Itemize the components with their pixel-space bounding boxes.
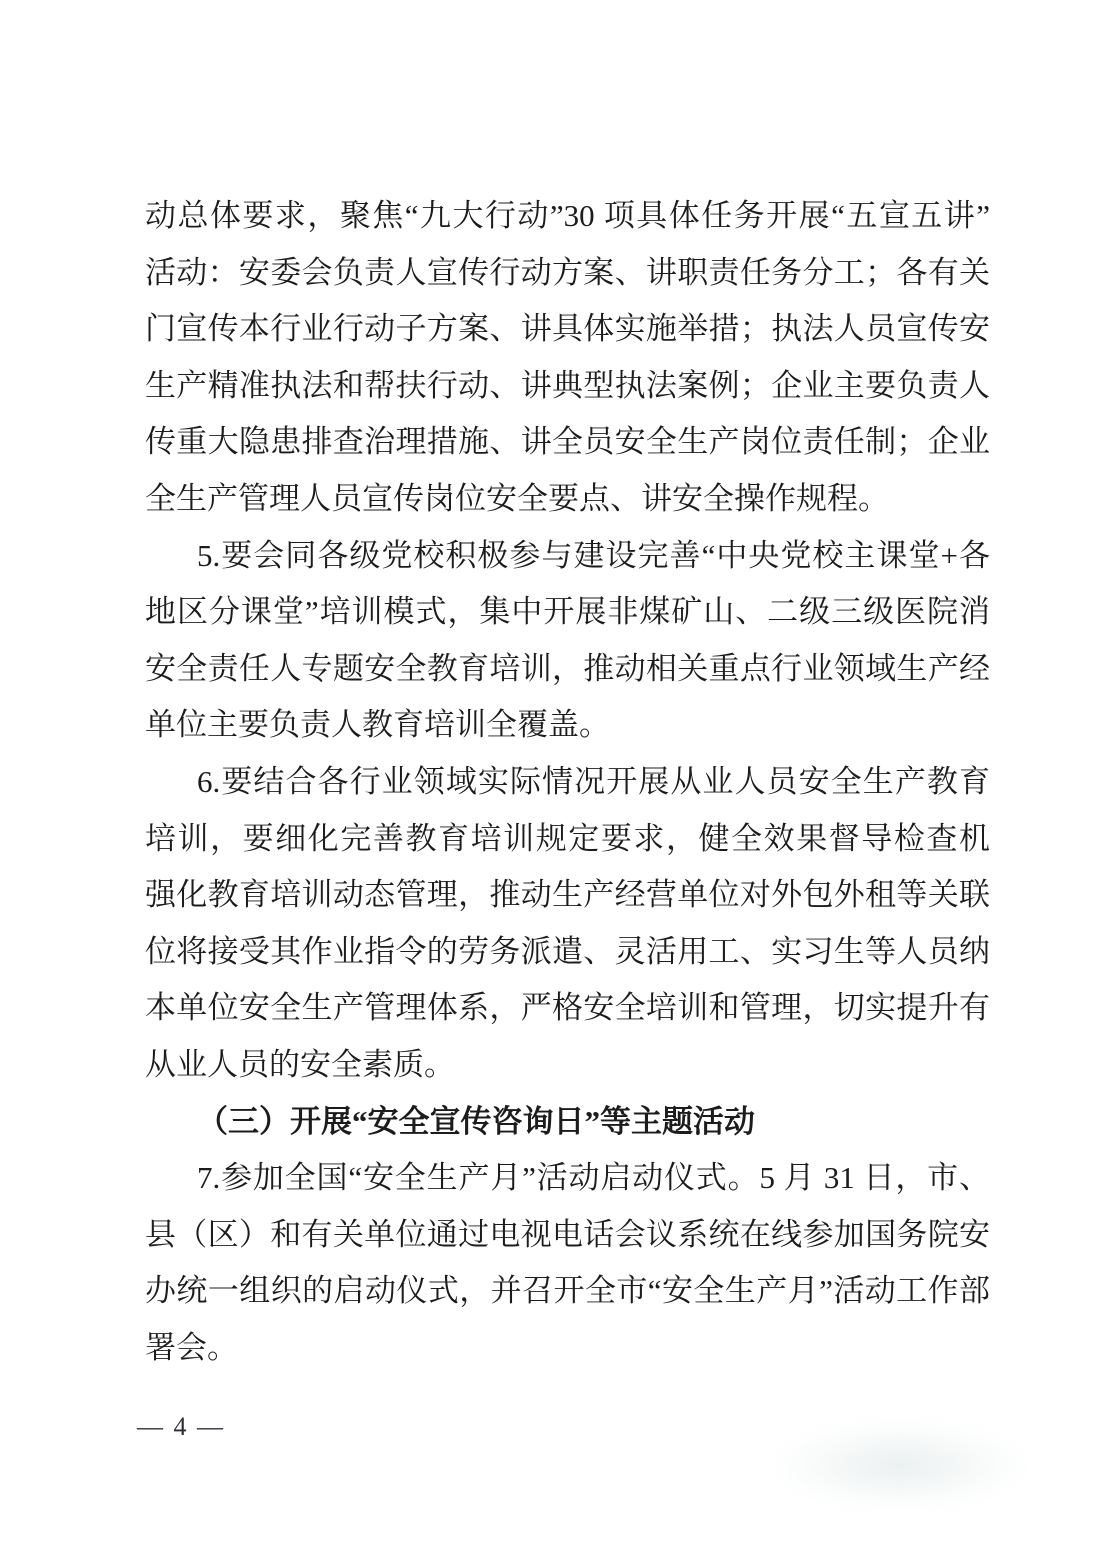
text-line: 6.要结合各行业领域实际情况开展从业人员安全生产教育 — [145, 754, 990, 811]
text-line: 县（区）和有关单位通过电视电话会议系统在线参加国务院安委 — [145, 1207, 990, 1264]
text-line: 5.要会同各级党校积极参与建设完善“中央党校主课堂+各 — [145, 528, 990, 585]
text-line: 办统一组织的启动仪式，并召开全市“安全生产月”活动工作部 — [145, 1263, 990, 1320]
page-number: — 4 — — [137, 1412, 225, 1442]
text-line: 传重大隐患排查治理措施、讲全员安全生产岗位责任制；企业安 — [145, 414, 990, 471]
text-line: 地区分课堂”培训模式，集中开展非煤矿山、二级三级医院消防 — [145, 584, 990, 641]
text-line: 活动：安委会负责人宣传行动方案、讲职责任务分工；各有关部 — [145, 245, 990, 302]
text-line: 本单位安全生产管理体系，严格安全培训和管理，切实提升有关 — [145, 980, 990, 1037]
text-line: 7.参加全国“安全生产月”活动启动仪式。5 月 31 日，市、 — [145, 1150, 990, 1207]
document-text-block: 动总体要求，聚焦“九大行动”30 项具体任务开展“五宣五讲”活动：安委会负责人宣… — [145, 188, 990, 1376]
text-line: 署会。 — [145, 1320, 990, 1377]
text-line: （三）开展“安全宣传咨询日”等主题活动 — [145, 1094, 990, 1151]
document-page: 动总体要求，聚焦“九大行动”30 项具体任务开展“五宣五讲”活动：安委会负责人宣… — [0, 0, 1102, 1557]
text-line: 安全责任人专题安全教育培训，推动相关重点行业领域生产经营 — [145, 641, 990, 698]
text-line: 门宣传本行业行动子方案、讲具体实施举措；执法人员宣传安全 — [145, 301, 990, 358]
text-line: 动总体要求，聚焦“九大行动”30 项具体任务开展“五宣五讲” — [145, 188, 990, 245]
text-line: 位将接受其作业指令的劳务派遣、灵活用工、实习生等人员纳入 — [145, 924, 990, 981]
text-line: 从业人员的安全素质。 — [145, 1037, 990, 1094]
text-line: 全生产管理人员宣传岗位安全要点、讲安全操作规程。 — [145, 471, 990, 528]
text-line: 培训，要细化完善教育培训规定要求，健全效果督导检查机制， — [145, 811, 990, 868]
text-line: 生产精准执法和帮扶行动、讲典型执法案例；企业主要负责人宣 — [145, 358, 990, 415]
text-line: 单位主要负责人教育培训全覆盖。 — [145, 697, 990, 754]
text-line: 强化教育培训动态管理，推动生产经营单位对外包外租等关联单 — [145, 867, 990, 924]
scan-smudge — [775, 1420, 1025, 1510]
